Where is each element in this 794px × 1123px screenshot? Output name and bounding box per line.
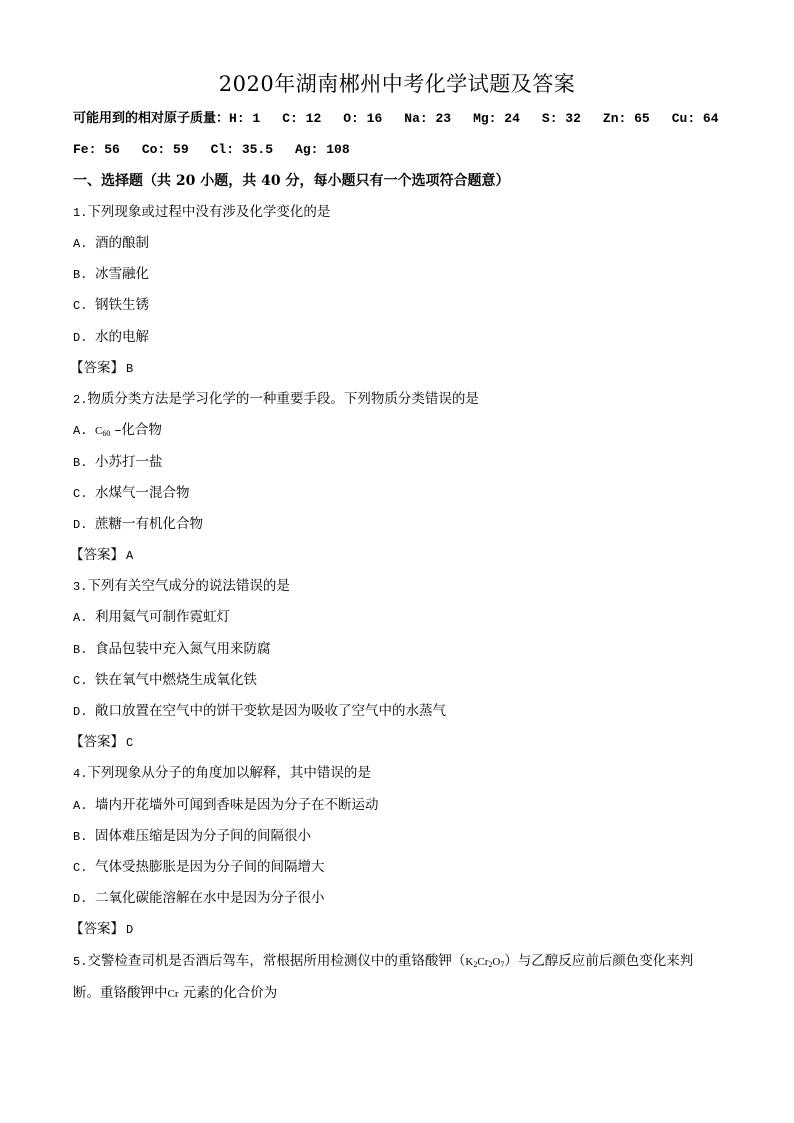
option-letter: B. — [73, 827, 95, 847]
option-text: 水煤气一混合物 — [95, 485, 190, 501]
atomic-mass: Fe: 56 — [73, 142, 120, 157]
chemical-formula: C60 — [95, 425, 110, 437]
option-letter: D. — [73, 889, 95, 909]
option-text: 食品包装中充入氮气用来防腐 — [95, 641, 271, 657]
question-4-option-a: A.墙内开花墙外可闻到香味是因为分子在不断运动 — [73, 795, 379, 816]
option-letter: D. — [73, 328, 95, 348]
answer-tag: 【答案】 — [70, 547, 124, 563]
document-title: 2020年湖南郴州中考化学试题及答案 — [0, 68, 794, 98]
element-symbol: Cr — [168, 988, 179, 1000]
option-text: 二氧化碳能溶解在水中是因为分子很小 — [95, 890, 325, 906]
section-heading: 一、选择题（共 20 小题，共 40 分，每小题只有一个选项符合题意） — [73, 171, 509, 191]
option-text: 敞口放置在空气中的饼干变软是因为吸收了空气中的水蒸气 — [95, 703, 446, 719]
answer-value: B — [126, 362, 133, 376]
question-2-option-b: B.小苏打一盐 — [73, 452, 163, 473]
option-letter: C. — [73, 671, 95, 691]
option-text: 墙内开花墙外可闻到香味是因为分子在不断运动 — [95, 797, 379, 813]
question-4-answer: 【答案】D — [70, 919, 133, 940]
option-text: –化合物 — [110, 422, 162, 438]
atomic-mass: Cl: 35.5 — [211, 142, 273, 157]
answer-value: C — [126, 736, 133, 750]
question-3-stem: 3.下列有关空气成分的说法错误的是 — [73, 576, 290, 597]
question-2-stem: 2.物质分类方法是学习化学的一种重要手段。下列物质分类错误的是 — [73, 389, 479, 410]
atomic-masses-label: 可能用到的相对原子质量： — [73, 111, 229, 126]
option-letter: D. — [73, 515, 95, 535]
atomic-masses-row-2: Fe: 56Co: 59Cl: 35.5Ag: 108 — [73, 140, 372, 160]
question-number: 2. — [73, 393, 87, 407]
question-1-stem: 1.下列现象或过程中没有涉及化学变化的是 — [73, 202, 330, 223]
option-letter: B. — [73, 640, 95, 660]
option-letter: C. — [73, 484, 95, 504]
question-text: 元素的化合价为 — [179, 985, 278, 1001]
option-text: 固体难压缩是因为分子间的间隔很小 — [95, 828, 311, 844]
question-4-stem: 4.下列现象从分子的角度加以解释，其中错误的是 — [73, 763, 371, 784]
atomic-mass: S: 32 — [542, 111, 581, 126]
option-text: 冰雪融化 — [95, 266, 149, 282]
question-3-option-c: C.铁在氧气中燃烧生成氧化铁 — [73, 670, 257, 691]
question-number: 5. — [73, 955, 87, 969]
atomic-mass: O: 16 — [343, 111, 382, 126]
question-4-option-c: C.气体受热膨胀是因为分子间的间隔增大 — [73, 857, 325, 878]
question-number: 3. — [73, 580, 87, 594]
answer-value: A — [126, 549, 133, 563]
question-3-answer: 【答案】C — [70, 732, 133, 753]
option-text: 蔗糖一有机化合物 — [95, 516, 203, 532]
answer-value: D — [126, 923, 133, 937]
atomic-mass: C: 12 — [282, 111, 321, 126]
question-1-answer: 【答案】B — [70, 358, 133, 379]
chemical-formula-k2cr2o7: K2Cr2O7 — [465, 956, 504, 968]
atomic-mass: Ag: 108 — [295, 142, 350, 157]
option-text: 气体受热膨胀是因为分子间的间隔增大 — [95, 859, 325, 875]
option-letter: B. — [73, 265, 95, 285]
atomic-mass: Zn: 65 — [603, 111, 650, 126]
question-text: 下列有关空气成分的说法错误的是 — [87, 578, 290, 594]
question-text: ）与乙醇反应前后颜色变化来判 — [504, 953, 693, 969]
option-letter: C. — [73, 858, 95, 878]
question-2-answer: 【答案】A — [70, 545, 133, 566]
option-text: 利用氦气可制作霓虹灯 — [95, 609, 230, 625]
answer-tag: 【答案】 — [70, 734, 124, 750]
question-3-option-b: B.食品包装中充入氮气用来防腐 — [73, 639, 271, 660]
question-1-option-c: C.钢铁生锈 — [73, 295, 149, 316]
question-3-option-a: A.利用氦气可制作霓虹灯 — [73, 607, 230, 628]
question-text: 交警检查司机是否酒后驾车，常根据所用检测仪中的重铬酸钾（ — [87, 953, 465, 969]
atomic-mass: H: 1 — [229, 111, 260, 126]
question-text: 物质分类方法是学习化学的一种重要手段。下列物质分类错误的是 — [87, 391, 479, 407]
question-text: 断。重铬酸钾中 — [73, 985, 168, 1001]
question-1-option-b: B.冰雪融化 — [73, 264, 149, 285]
atomic-mass: Mg: 24 — [473, 111, 520, 126]
question-3-option-d: D.敞口放置在空气中的饼干变软是因为吸收了空气中的水蒸气 — [73, 701, 446, 722]
option-letter: B. — [73, 453, 95, 473]
option-letter: A. — [73, 796, 95, 816]
answer-tag: 【答案】 — [70, 360, 124, 376]
question-4-option-d: D.二氧化碳能溶解在水中是因为分子很小 — [73, 888, 325, 909]
question-4-option-b: B.固体难压缩是因为分子间的间隔很小 — [73, 826, 311, 847]
question-number: 4. — [73, 767, 87, 781]
question-2-option-d: D.蔗糖一有机化合物 — [73, 514, 203, 535]
atomic-masses-row-1: 可能用到的相对原子质量：H: 1C: 12O: 16Na: 23Mg: 24S:… — [73, 109, 741, 129]
question-2-option-a: A.C60 –化合物 — [73, 420, 162, 441]
formula-element: Cr — [477, 956, 488, 968]
question-5-stem-line-2: 断。重铬酸钾中Cr 元素的化合价为 — [73, 983, 277, 1004]
question-1-option-a: A.酒的酿制 — [73, 233, 149, 254]
question-text: 下列现象从分子的角度加以解释，其中错误的是 — [87, 765, 371, 781]
question-number: 1. — [73, 206, 87, 220]
atomic-mass: Co: 59 — [142, 142, 189, 157]
option-text: 酒的酿制 — [95, 235, 149, 251]
question-1-option-d: D.水的电解 — [73, 327, 149, 348]
option-letter: A. — [73, 421, 95, 441]
question-5-stem-line-1: 5.交警检查司机是否酒后驾车，常根据所用检测仪中的重铬酸钾（K2Cr2O7）与乙… — [73, 951, 693, 972]
option-letter: A. — [73, 608, 95, 628]
option-letter: A. — [73, 234, 95, 254]
atomic-mass: Na: 23 — [404, 111, 451, 126]
option-text: 钢铁生锈 — [95, 297, 149, 313]
option-text: 小苏打一盐 — [95, 454, 163, 470]
atomic-mass: Cu: 64 — [672, 111, 719, 126]
answer-tag: 【答案】 — [70, 921, 124, 937]
question-2-option-c: C.水煤气一混合物 — [73, 483, 190, 504]
option-letter: C. — [73, 296, 95, 316]
option-text: 铁在氧气中燃烧生成氧化铁 — [95, 672, 257, 688]
question-text: 下列现象或过程中没有涉及化学变化的是 — [87, 204, 330, 220]
option-letter: D. — [73, 702, 95, 722]
option-text: 水的电解 — [95, 329, 149, 345]
